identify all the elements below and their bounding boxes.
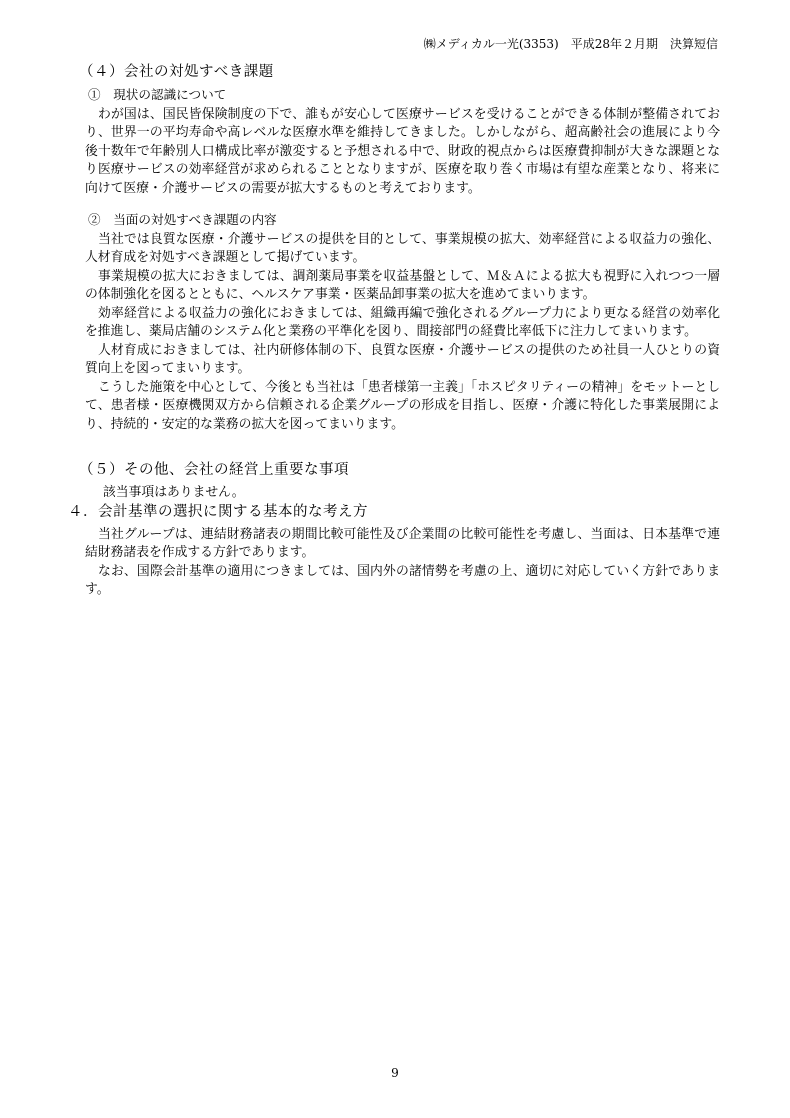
item-1-heading: ① 現状の認識について [88, 86, 720, 105]
section-other-matters-heading: （５）その他、会社の経営上重要な事項 [79, 461, 720, 480]
accounting-policy-paragraph: 当社グループは、連結財務諸表の期間比較可能性及び企業間の比較可能性を考慮し、当面… [85, 526, 720, 563]
doc-title: ㈱メディカル一光(3353) 平成28年２月期 決算短信 [424, 37, 718, 51]
section-challenges-heading: （４）会社の対処すべき課題 [79, 63, 720, 82]
document-page: ㈱メディカル一光(3353) 平成28年２月期 決算短信 （４）会社の対処すべき… [0, 0, 790, 1118]
item-2-paragraph: こうした施策を中心として、今後とも当社は「患者様第一主義」「ホスピタリティーの精… [85, 379, 720, 435]
section-accounting-policy-heading: ４．会計基準の選択に関する基本的な考え方 [68, 503, 720, 522]
accounting-policy-paragraph: なお、国際会計基準の適用につきましては、国内外の諸情勢を考慮の上、適切に対応して… [85, 563, 720, 600]
item-2-paragraph: 事業規模の拡大におきましては、調剤薬局事業を収益基盤として、Ｍ＆Ａによる拡大も視… [85, 268, 720, 305]
item-2-paragraph: 当社では良質な医療・介護サービスの提供を目的として、事業規模の拡大、効率経営によ… [85, 231, 720, 268]
section-other-matters-body: 該当事項はありません。 [90, 484, 720, 503]
item-2-heading: ② 当面の対処すべき課題の内容 [88, 211, 720, 230]
document-header: ㈱メディカル一光(3353) 平成28年２月期 決算短信 [424, 37, 718, 52]
document-body: （４）会社の対処すべき課題 ① 現状の認識について わが国は、国民皆保険制度の下… [0, 63, 790, 600]
page-number: 9 [0, 1066, 790, 1080]
item-2-paragraph: 効率経営による収益力の強化におきましては、組織再編で強化されるグループ力により更… [85, 305, 720, 342]
item-2-paragraph: 人材育成におきましては、社内研修体制の下、良質な医療・介護サービスの提供のため社… [85, 342, 720, 379]
item-1-paragraph: わが国は、国民皆保険制度の下で、誰もが安心して医療サービスを受けることができる体… [85, 106, 720, 199]
